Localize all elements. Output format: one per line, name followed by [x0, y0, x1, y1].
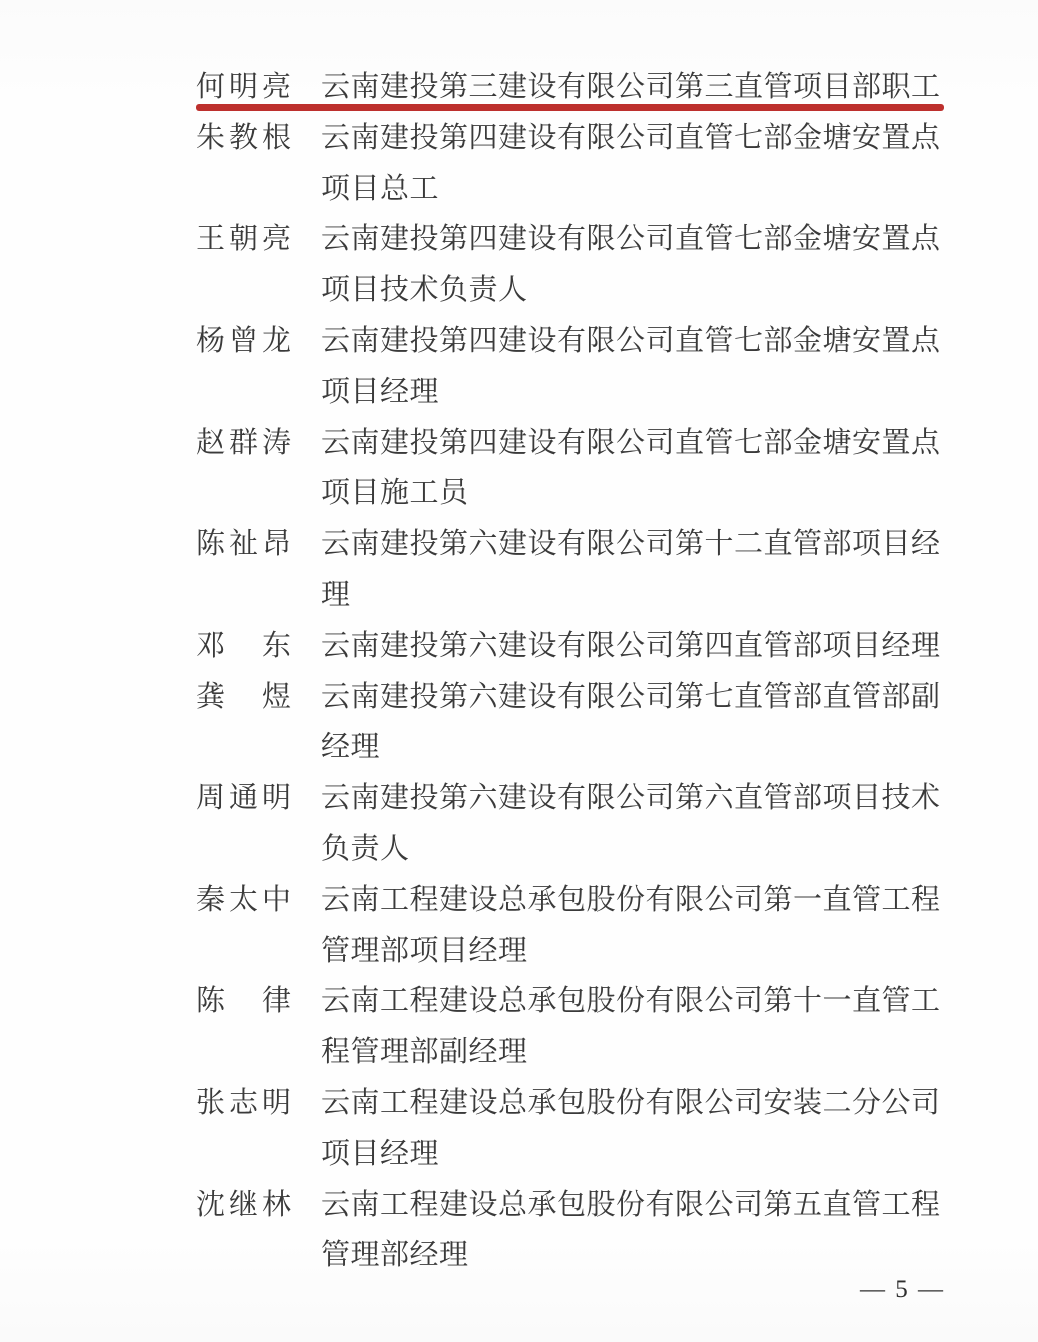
roster-row: 陈 律 云南工程建设总承包股份有限公司第十一直管工程管理部副经理	[196, 976, 942, 1078]
unit-line: 管理部项目经理	[321, 926, 942, 977]
person-unit: 云南建投第六建设有限公司第四直管部项目经理	[321, 621, 942, 672]
roster-row: 张志明 云南工程建设总承包股份有限公司安装二分公司项目经理	[196, 1078, 942, 1180]
unit-line: 云南建投第六建设有限公司第十二直管部项目经	[321, 519, 942, 570]
unit-line: 理	[321, 570, 942, 621]
roster-row: 邓 东 云南建投第六建设有限公司第四直管部项目经理	[196, 621, 942, 672]
person-unit: 云南工程建设总承包股份有限公司安装二分公司项目经理	[321, 1078, 942, 1180]
unit-line: 项目技术负责人	[321, 265, 942, 316]
page-number: — 5 —	[860, 1276, 945, 1304]
person-name: 周通明	[196, 773, 292, 824]
roster-row: 秦太中 云南工程建设总承包股份有限公司第一直管工程管理部项目经理	[196, 875, 942, 977]
unit-line: 云南建投第六建设有限公司第四直管部项目经理	[321, 621, 942, 672]
unit-line: 云南建投第四建设有限公司直管七部金塘安置点	[321, 418, 942, 469]
unit-line: 云南工程建设总承包股份有限公司安装二分公司	[321, 1078, 942, 1129]
unit-line: 经理	[321, 722, 942, 773]
roster-row: 沈继林 云南工程建设总承包股份有限公司第五直管工程管理部经理	[196, 1180, 942, 1282]
roster-row: 陈祉昂 云南建投第六建设有限公司第十二直管部项目经理	[196, 519, 942, 621]
unit-line: 云南工程建设总承包股份有限公司第五直管工程	[321, 1180, 942, 1231]
unit-line: 云南建投第四建设有限公司直管七部金塘安置点	[321, 214, 942, 265]
person-name: 杨曾龙	[196, 316, 292, 367]
roster-row: 周通明 云南建投第六建设有限公司第六直管部项目技术负责人	[196, 773, 942, 875]
unit-line: 程管理部副经理	[321, 1027, 942, 1078]
roster-row: 何明亮 云南建投第三建设有限公司第三直管项目部职工	[196, 62, 942, 113]
roster-row: 赵群涛 云南建投第四建设有限公司直管七部金塘安置点项目施工员	[196, 418, 942, 520]
unit-line: 云南建投第六建设有限公司第七直管部直管部副	[321, 672, 942, 723]
person-name: 张志明	[196, 1078, 292, 1129]
person-name: 陈 律	[196, 976, 292, 1027]
person-name: 邓 东	[196, 621, 292, 672]
person-unit: 云南建投第六建设有限公司第十二直管部项目经理	[321, 519, 942, 621]
highlight-underline	[196, 104, 944, 111]
unit-line: 项目施工员	[321, 468, 942, 519]
person-name: 陈祉昂	[196, 519, 292, 570]
person-name: 沈继林	[196, 1180, 292, 1231]
unit-line: 云南建投第四建设有限公司直管七部金塘安置点	[321, 316, 942, 367]
document-page: 何明亮 云南建投第三建设有限公司第三直管项目部职工 朱教根 云南建投第四建设有限…	[0, 0, 1038, 1342]
unit-line: 项目经理	[321, 1129, 942, 1180]
unit-line: 管理部经理	[321, 1230, 942, 1281]
roster-row: 龚 煜 云南建投第六建设有限公司第七直管部直管部副经理	[196, 672, 942, 774]
roster-row: 王朝亮 云南建投第四建设有限公司直管七部金塘安置点项目技术负责人	[196, 214, 942, 316]
roster-row: 杨曾龙 云南建投第四建设有限公司直管七部金塘安置点项目经理	[196, 316, 942, 418]
unit-line: 云南工程建设总承包股份有限公司第一直管工程	[321, 875, 942, 926]
roster-row: 朱教根 云南建投第四建设有限公司直管七部金塘安置点项目总工	[196, 113, 942, 215]
unit-line: 负责人	[321, 824, 942, 875]
person-name: 王朝亮	[196, 214, 292, 265]
roster-list: 何明亮 云南建投第三建设有限公司第三直管项目部职工 朱教根 云南建投第四建设有限…	[196, 62, 942, 1281]
person-unit: 云南工程建设总承包股份有限公司第一直管工程管理部项目经理	[321, 875, 942, 977]
unit-line: 云南工程建设总承包股份有限公司第十一直管工	[321, 976, 942, 1027]
person-unit: 云南建投第六建设有限公司第六直管部项目技术负责人	[321, 773, 942, 875]
person-unit: 云南工程建设总承包股份有限公司第十一直管工程管理部副经理	[321, 976, 942, 1078]
unit-line: 云南建投第六建设有限公司第六直管部项目技术	[321, 773, 942, 824]
person-unit: 云南工程建设总承包股份有限公司第五直管工程管理部经理	[321, 1180, 942, 1282]
person-unit: 云南建投第六建设有限公司第七直管部直管部副经理	[321, 672, 942, 774]
person-name: 秦太中	[196, 875, 292, 926]
person-unit: 云南建投第四建设有限公司直管七部金塘安置点项目经理	[321, 316, 942, 418]
unit-line: 项目经理	[321, 367, 942, 418]
person-unit: 云南建投第四建设有限公司直管七部金塘安置点项目技术负责人	[321, 214, 942, 316]
person-unit: 云南建投第四建设有限公司直管七部金塘安置点项目总工	[321, 113, 942, 215]
person-name: 朱教根	[196, 113, 292, 164]
person-unit: 云南建投第四建设有限公司直管七部金塘安置点项目施工员	[321, 418, 942, 520]
unit-line: 云南建投第四建设有限公司直管七部金塘安置点	[321, 113, 942, 164]
person-name: 赵群涛	[196, 418, 292, 469]
person-name: 龚 煜	[196, 672, 292, 723]
unit-line: 项目总工	[321, 164, 942, 215]
